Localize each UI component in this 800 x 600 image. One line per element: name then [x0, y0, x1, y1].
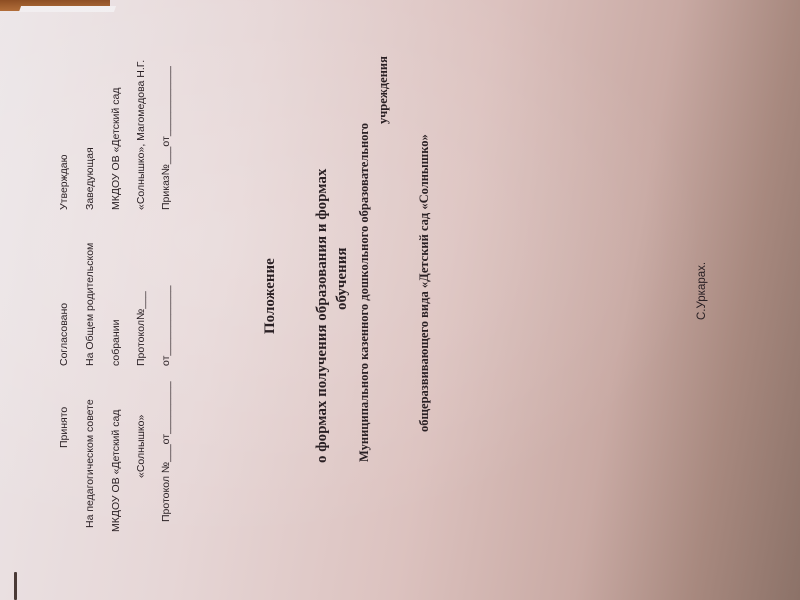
accepted-line: «Солнышко»: [135, 415, 147, 478]
document-subtitle-line1: о формах получения образования и формах: [314, 169, 331, 463]
approved-heading: Утверждаю: [58, 155, 70, 210]
document-subtitle-line2: обучения: [334, 248, 351, 310]
paper-edge: [19, 6, 116, 12]
institution-line1: Муниципального казенного дошкольного обр…: [357, 123, 372, 462]
agreed-date: от____________: [160, 286, 172, 367]
agreed-protocol: Протокол№___: [135, 291, 147, 366]
accepted-line: На педагогическом совете: [84, 399, 96, 528]
accepted-line: МКДОУ ОВ «Детский сад: [110, 410, 122, 532]
agreed-line: собрании: [110, 320, 122, 366]
accepted-protocol: Протокол №___от_________: [160, 381, 172, 522]
agreed-line: На Общем родительском: [84, 243, 96, 366]
approved-line: «Солнышко», Магомедова Н.Г.: [135, 60, 147, 210]
agreed-heading: Согласовано: [58, 303, 70, 366]
institution-line2: учреждения: [376, 56, 391, 124]
accepted-heading: Принято: [58, 407, 70, 448]
institution-line3: общеразвивающего вида «Детский сад «Солн…: [417, 134, 432, 432]
approved-line: МКДОУ ОВ «Детский сад: [110, 88, 122, 210]
document-title: Положение: [262, 258, 279, 334]
approved-order: Приказ№___от____________: [160, 66, 172, 210]
place-name: С.Уркарах.: [696, 262, 708, 320]
approved-line: Заведующая: [84, 147, 96, 210]
pen-mark: [14, 572, 17, 600]
